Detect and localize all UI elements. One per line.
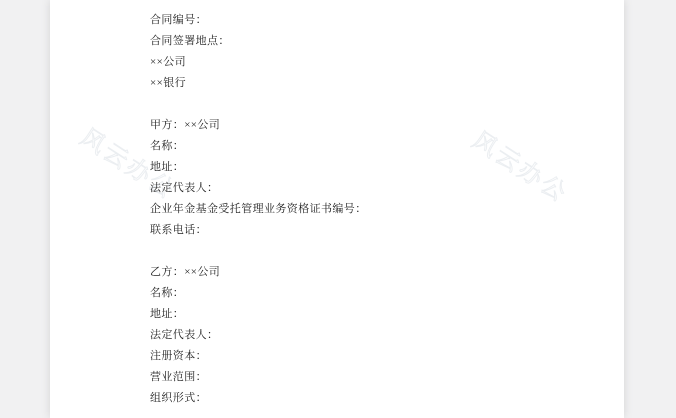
document-content: 合同编号： 合同签署地点： ××公司 ××银行 甲方：××公司 名称： 地址： … <box>150 10 610 409</box>
document-line: 组织形式： <box>150 388 610 409</box>
document-line: 乙方：××公司 <box>150 262 610 283</box>
document-line: 地址： <box>150 304 610 325</box>
document-line: 名称： <box>150 283 610 304</box>
document-line: ××公司 <box>150 52 610 73</box>
document-line: 合同签署地点： <box>150 31 610 52</box>
document-line: 合同编号： <box>150 10 610 31</box>
document-line: 法定代表人： <box>150 325 610 346</box>
document-line: 营业范围： <box>150 367 610 388</box>
document-line: 名称： <box>150 136 610 157</box>
document-page: 风云办公 风云办公 合同编号： 合同签署地点： ××公司 ××银行 甲方：××公… <box>50 0 624 418</box>
document-blank-line <box>150 94 610 115</box>
document-line: 甲方：××公司 <box>150 115 610 136</box>
document-line: ××银行 <box>150 73 610 94</box>
document-viewer-canvas: { "colors": { "canvas_background": "#f1f… <box>0 0 676 418</box>
document-line: 注册资本： <box>150 346 610 367</box>
document-line: 地址： <box>150 157 610 178</box>
document-line: 企业年金基金受托管理业务资格证书编号： <box>150 199 610 220</box>
document-line: 联系电话： <box>150 220 610 241</box>
document-line: 法定代表人： <box>150 178 610 199</box>
document-blank-line <box>150 241 610 262</box>
